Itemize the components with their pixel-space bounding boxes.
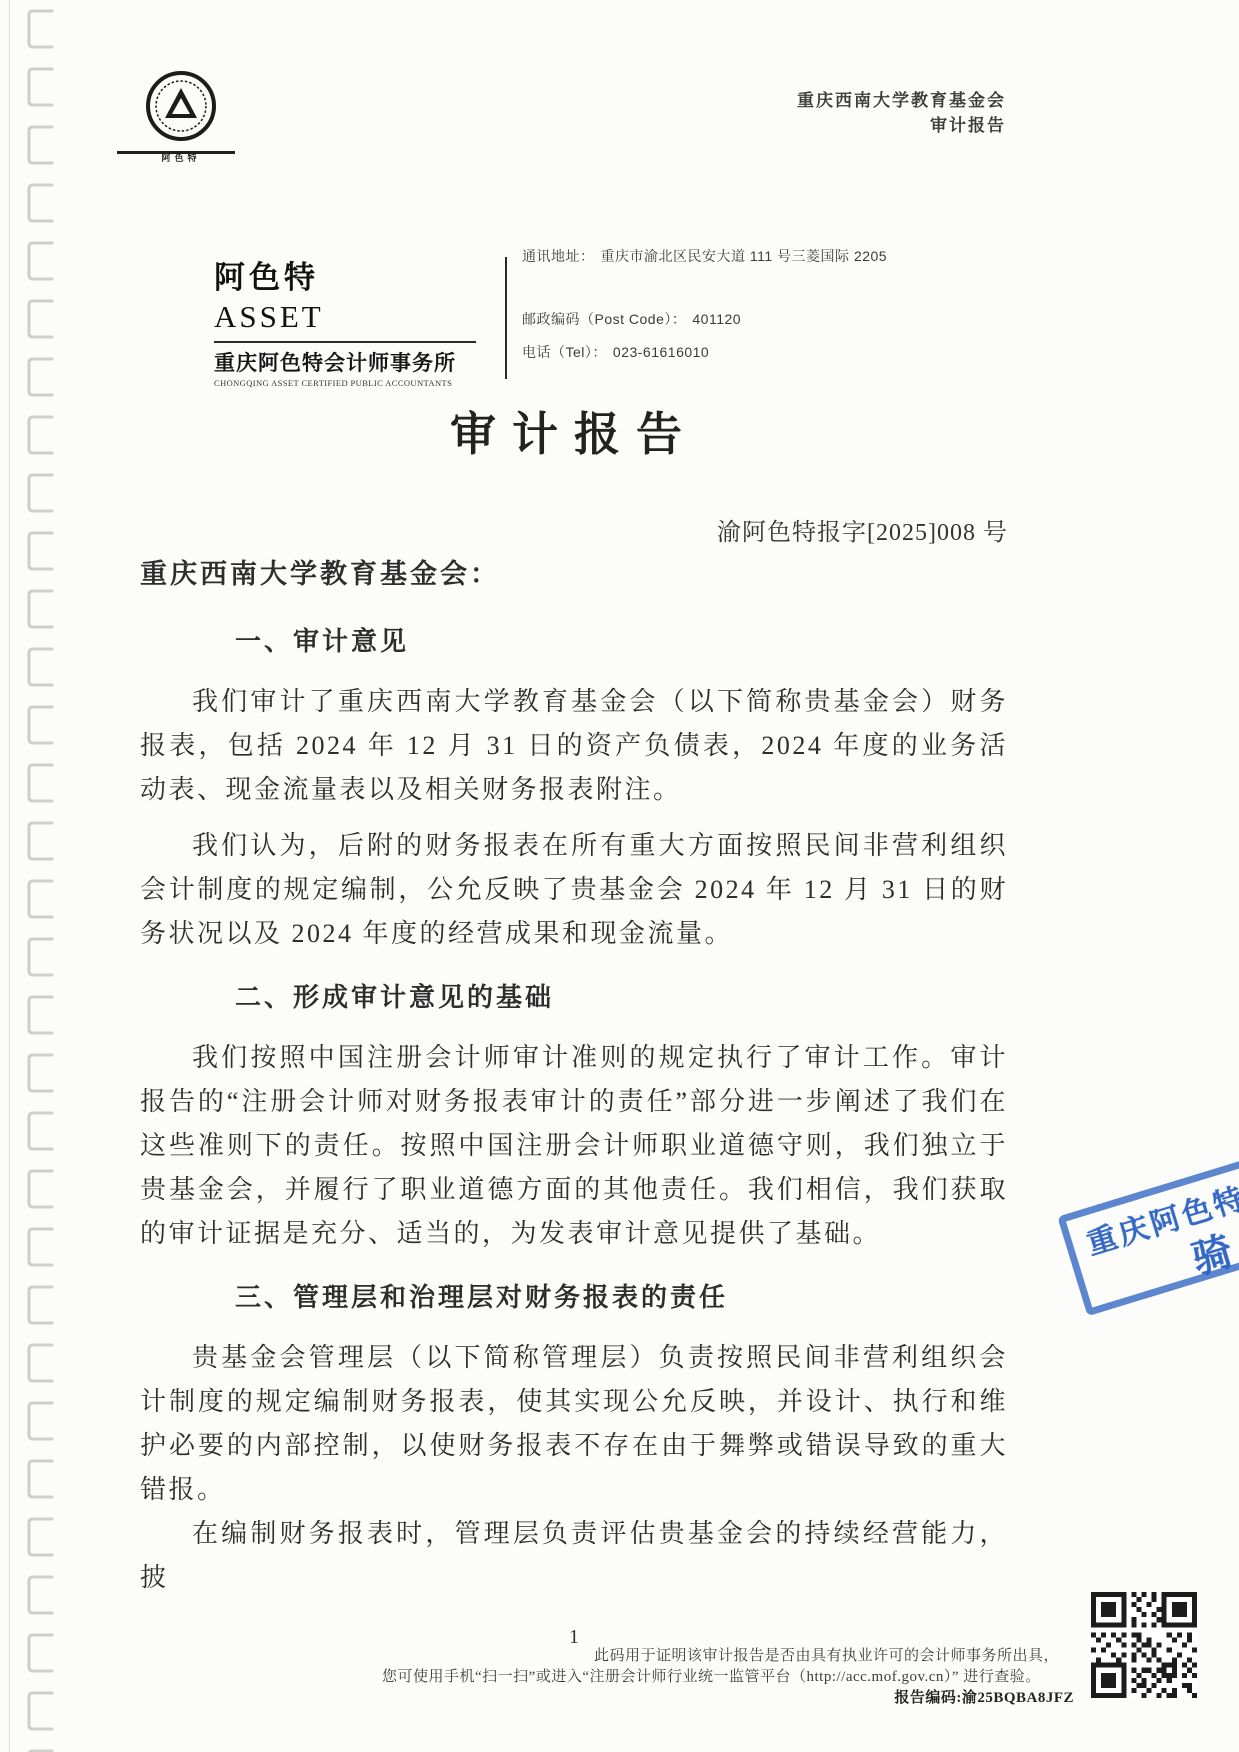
qr-code — [1091, 1592, 1197, 1698]
brand-name-en: ASSET — [214, 299, 489, 335]
header-doc-type: 审计报告 — [797, 113, 1006, 138]
footer-notes: 此码用于证明该审计报告是否由具有执业许可的会计师事务所出具， 您可使用手机“扫一… — [382, 1646, 1082, 1709]
postcode-line: 邮政编码（Post Code）：401120 — [522, 309, 887, 329]
section-3-paragraph: 贵基金会管理层（以下简称管理层）负责按照民间非营利组织会计制度的规定编制财务报表… — [140, 1336, 1008, 1512]
address-label: 通讯地址： — [522, 248, 595, 264]
page-header: 重庆西南大学教育基金会 审计报告 — [797, 88, 1006, 138]
footer-note-line2: 您可使用手机“扫一扫”或进入“注册会计师行业统一监管平台（http://acc.… — [382, 1667, 1082, 1688]
section-3-heading: 三、管理层和治理层对财务报表的责任 — [235, 1276, 1008, 1320]
report-code-value: 渝25BQBA8JFZ — [962, 1690, 1074, 1706]
letterhead: 阿色特 ASSET 重庆阿色特会计师事务所 CHONGQING ASSET CE… — [214, 252, 489, 388]
firm-name-cn: 重庆阿色特会计师事务所 — [214, 347, 489, 377]
postcode-value: 401120 — [692, 311, 741, 327]
report-title: 审计报告 — [140, 398, 1008, 464]
section-2-heading: 二、形成审计意见的基础 — [235, 976, 1008, 1020]
section-1-heading: 一、审计意见 — [235, 620, 1008, 664]
binding-holes — [16, 0, 64, 1752]
section-1-paragraph: 我们认为，后附的财务报表在所有重大方面按照民间非营利组织会计制度的规定编制，公允… — [140, 824, 1008, 956]
cross-page-seal-stamp: 重庆阿色特会 骑 — [1057, 1144, 1239, 1317]
firm-logo: 阿色特 — [126, 70, 236, 164]
report-code-label: 报告编码: — [894, 1690, 962, 1706]
firm-name-en: CHONGQING ASSET CERTIFIED PUBLIC ACCOUNT… — [214, 378, 489, 388]
footer-note-line2-left: 您可使用手机“扫一扫”或进入 — [382, 1669, 582, 1685]
letterhead-rule — [214, 341, 476, 343]
contact-block: 通讯地址：重庆市渝北区民安大道 111 号三菱国际 2205 邮政编码（Post… — [522, 246, 887, 362]
section-1-paragraph: 我们审计了重庆西南大学教育基金会（以下简称贵基金会）财务报表，包括 2024 年… — [140, 680, 1008, 812]
footer-note-line1: 此码用于证明该审计报告是否由具有执业许可的会计师事务所出具， — [382, 1646, 1082, 1667]
tel-value: 023-61616010 — [613, 344, 709, 360]
report-body: 重庆西南大学教育基金会： 一、审计意见 我们审计了重庆西南大学教育基金会（以下简… — [140, 552, 1008, 1600]
document-page: 重庆西南大学教育基金会 审计报告 阿色特 阿色特 ASSET 重庆阿色特会计师事… — [0, 0, 1239, 1752]
footer-report-code: 报告编码:渝25BQBA8JFZ — [382, 1688, 1082, 1709]
section-3-paragraph: 在编制财务报表时，管理层负责评估贵基金会的持续经营能力，披 — [140, 1512, 1008, 1600]
report-number: 渝阿色特报字[2025]008 号 — [140, 512, 1008, 547]
scan-edge-line — [9, 0, 10, 1752]
logo-underline — [117, 151, 235, 154]
footer-note-line2-right: “注册会计师行业统一监管平台（http://acc.mof.gov.cn）” 进… — [582, 1669, 1040, 1685]
logo-triangle-icon — [133, 70, 229, 148]
section-2-paragraph: 我们按照中国注册会计师审计准则的规定执行了审计工作。审计报告的“注册会计师对财务… — [140, 1036, 1008, 1256]
tel-line: 电话（Tel）：023-61616010 — [522, 342, 887, 362]
brand-name-cn: 阿色特 — [214, 252, 489, 297]
address-line: 通讯地址：重庆市渝北区民安大道 111 号三菱国际 2205 — [522, 246, 887, 266]
header-org-name: 重庆西南大学教育基金会 — [797, 88, 1006, 113]
letterhead-divider — [505, 257, 507, 379]
address-value: 重庆市渝北区民安大道 111 号三菱国际 2205 — [601, 248, 888, 264]
postcode-label: 邮政编码（Post Code）： — [522, 311, 686, 327]
addressee: 重庆西南大学教育基金会： — [140, 552, 1008, 596]
tel-label: 电话（Tel）： — [522, 344, 607, 360]
